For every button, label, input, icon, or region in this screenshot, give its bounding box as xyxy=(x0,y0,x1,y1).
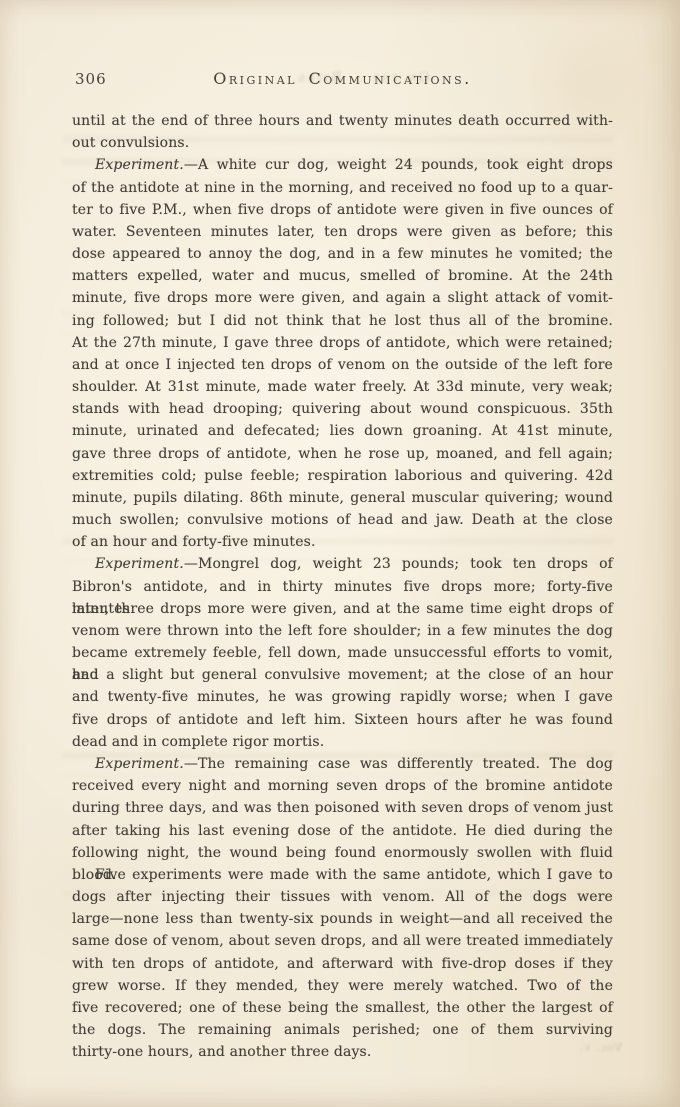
text-line: Five experiments were made with the same… xyxy=(72,864,613,886)
text-line: thirty-one hours, and another three days… xyxy=(72,1041,613,1063)
text-line: much swollen; convulsive motions of head… xyxy=(72,509,613,531)
text-line: Experiment.—Mongrel dog, weight 23 pound… xyxy=(72,553,613,575)
experiment-label: Experiment. xyxy=(95,157,184,173)
text-line: received every night and morning seven d… xyxy=(72,775,613,797)
experiment-label: Experiment. xyxy=(95,556,184,572)
text-line: of an hour and forty-five minutes. xyxy=(72,531,613,553)
text-line: after taking his last evening dose of th… xyxy=(72,820,613,842)
text-line: water. Seventeen minutes later, ten drop… xyxy=(72,221,613,243)
text-line: with ten drops of antidote, and afterwar… xyxy=(72,953,613,975)
paragraph: Experiment.—A white cur dog, weight 24 p… xyxy=(72,154,613,553)
text-line: gave three drops of antidote, when he ro… xyxy=(72,443,613,465)
text-line: dead and in complete rigor mortis. xyxy=(72,731,613,753)
text-line: Experiment.—A white cur dog, weight 24 p… xyxy=(72,154,613,176)
text-line: Experiment.—The remaining case was diffe… xyxy=(72,753,613,775)
text-line: following night, the wound being found e… xyxy=(72,842,613,864)
paragraph: Five experiments were made with the same… xyxy=(72,864,613,1064)
body-text: until at the end of three hours and twen… xyxy=(72,110,613,1063)
paragraph: Experiment.—The remaining case was diffe… xyxy=(72,753,613,864)
text-line: had a slight but general convulsive move… xyxy=(72,664,613,686)
text-line: large—none less than twenty-six pounds i… xyxy=(72,908,613,930)
text-line: until at the end of three hours and twen… xyxy=(72,110,613,132)
running-head: Original Communications. xyxy=(72,69,613,88)
text-line: minute, five drops more were given, and … xyxy=(72,287,613,309)
text-line: ter to five P.M., when five drops of ant… xyxy=(72,199,613,221)
text-line: became extremely feeble, fell down, made… xyxy=(72,642,613,664)
text-line: extremities cold; pulse feeble; respirat… xyxy=(72,465,613,487)
text-line: dose appeared to annoy the dog, and in a… xyxy=(72,243,613,265)
experiment-label: Experiment. xyxy=(95,756,184,772)
text-line: out convulsions. xyxy=(72,132,613,154)
text-line: dogs after injecting their tissues with … xyxy=(72,886,613,908)
text-line: the dogs. The remaining animals perished… xyxy=(72,1019,613,1041)
text-line: ing followed; but I did not think that h… xyxy=(72,310,613,332)
text-line: stands with head drooping; quivering abo… xyxy=(72,398,613,420)
text-line: of the antidote at nine in the morning, … xyxy=(72,177,613,199)
text-line: and at once I injected ten drops of veno… xyxy=(72,354,613,376)
text-line: same dose of venom, about seven drops, a… xyxy=(72,930,613,952)
text-line: minute, urinated and defecated; lies dow… xyxy=(72,420,613,442)
text-line: matters expelled, water and mucus, smell… xyxy=(72,265,613,287)
text-line: minute, pupils dilating. 86th minute, ge… xyxy=(72,487,613,509)
paragraph: Experiment.—Mongrel dog, weight 23 pound… xyxy=(72,553,613,753)
text-line: At the 27th minute, I gave three drops o… xyxy=(72,332,613,354)
text-line: Bibron's antidote, and in thirty minutes… xyxy=(72,576,613,598)
text-line: venom were thrown into the left fore sho… xyxy=(72,620,613,642)
text-line: five drops of antidote and left him. Six… xyxy=(72,709,613,731)
page-header: 306 Original Communications. xyxy=(72,69,613,89)
text-line: grew worse. If they mended, they were me… xyxy=(72,975,613,997)
text-line: and twenty-five minutes, he was growing … xyxy=(72,686,613,708)
text-line: five recovered; one of these being the s… xyxy=(72,997,613,1019)
text-line: during three days, and was then poisoned… xyxy=(72,797,613,819)
paragraph: until at the end of three hours and twen… xyxy=(72,110,613,154)
text-line: later, three drops more were given, and … xyxy=(72,598,613,620)
scanned-book-page: On the … Bites. 306 Original Communicati… xyxy=(0,0,680,1107)
text-line: shoulder. At 31st minute, made water fre… xyxy=(72,376,613,398)
